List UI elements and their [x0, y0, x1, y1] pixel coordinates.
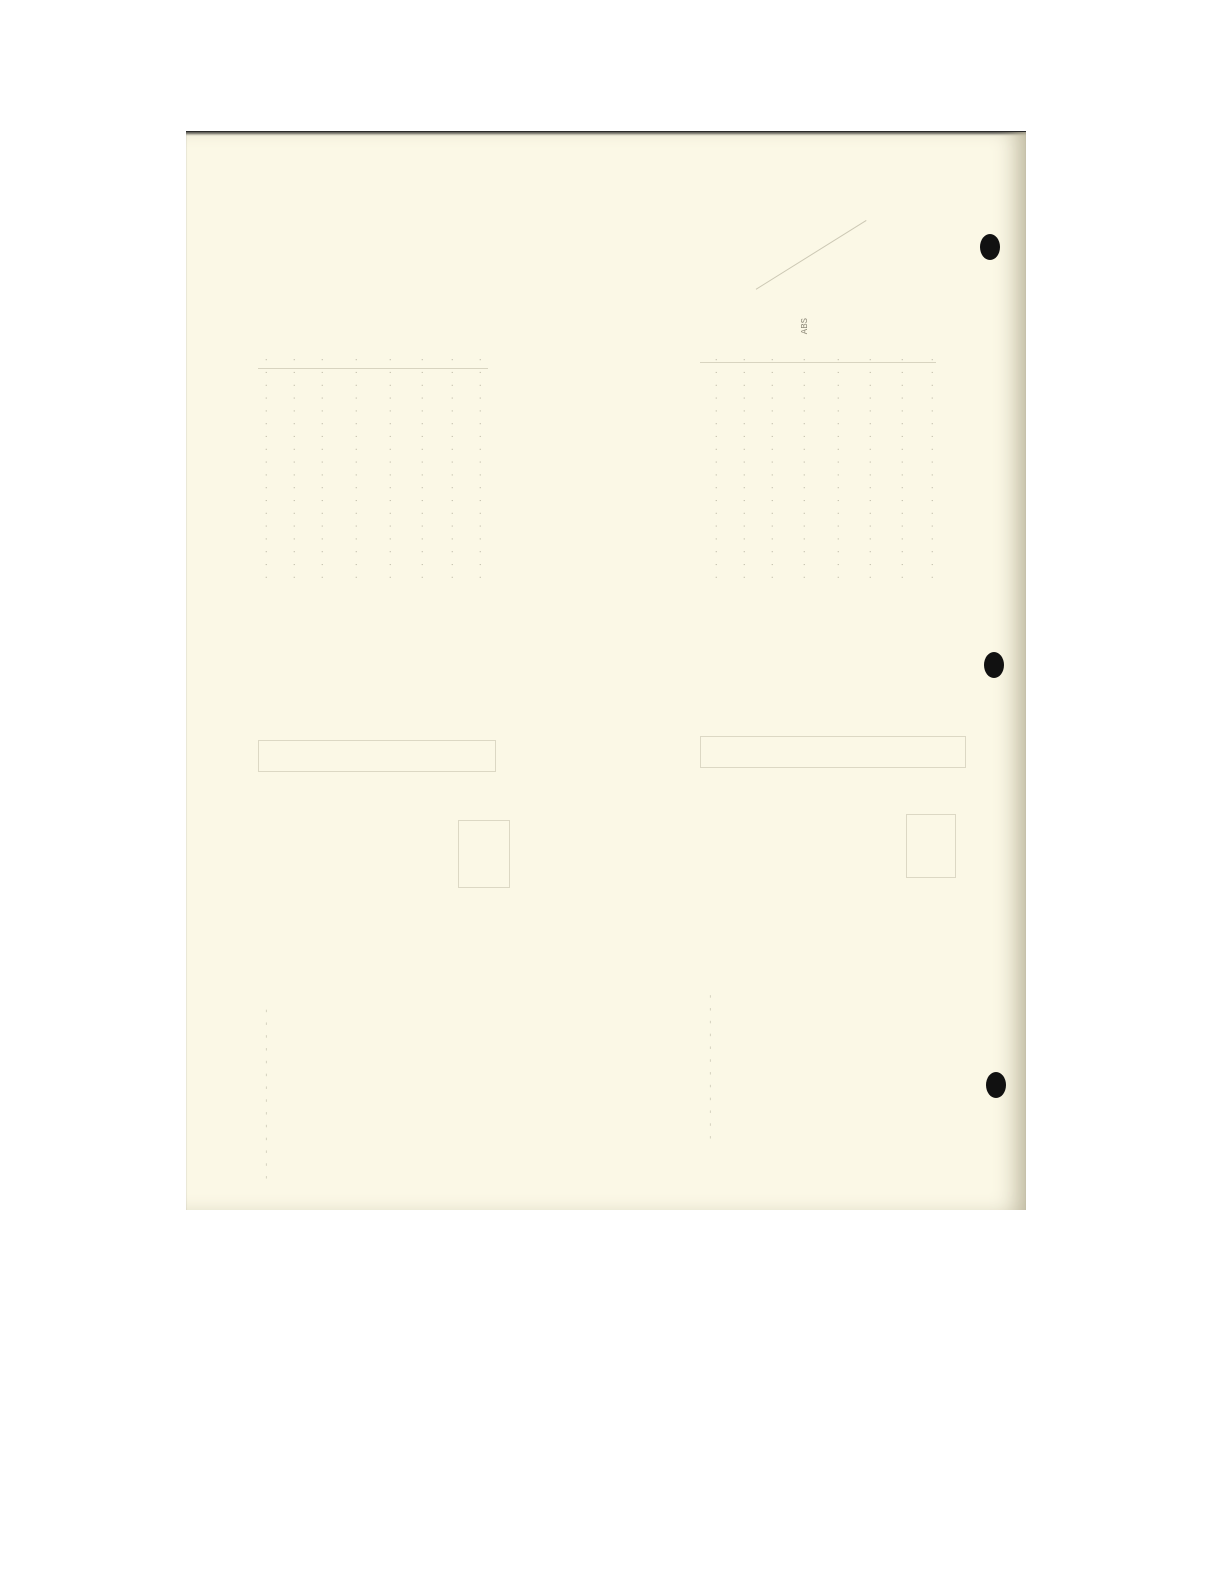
binder-hole-top	[980, 234, 1000, 260]
abs-label: ABS	[800, 318, 810, 334]
right-caption-bleedthrough: - - - - - - - - - - - -	[706, 960, 716, 1140]
left-caption-bleedthrough: - - - - - - - - - - - - - -	[262, 960, 272, 1180]
binder-hole-middle	[984, 652, 1004, 678]
binder-hole-bottom	[986, 1072, 1006, 1098]
document-page	[186, 132, 1026, 1210]
